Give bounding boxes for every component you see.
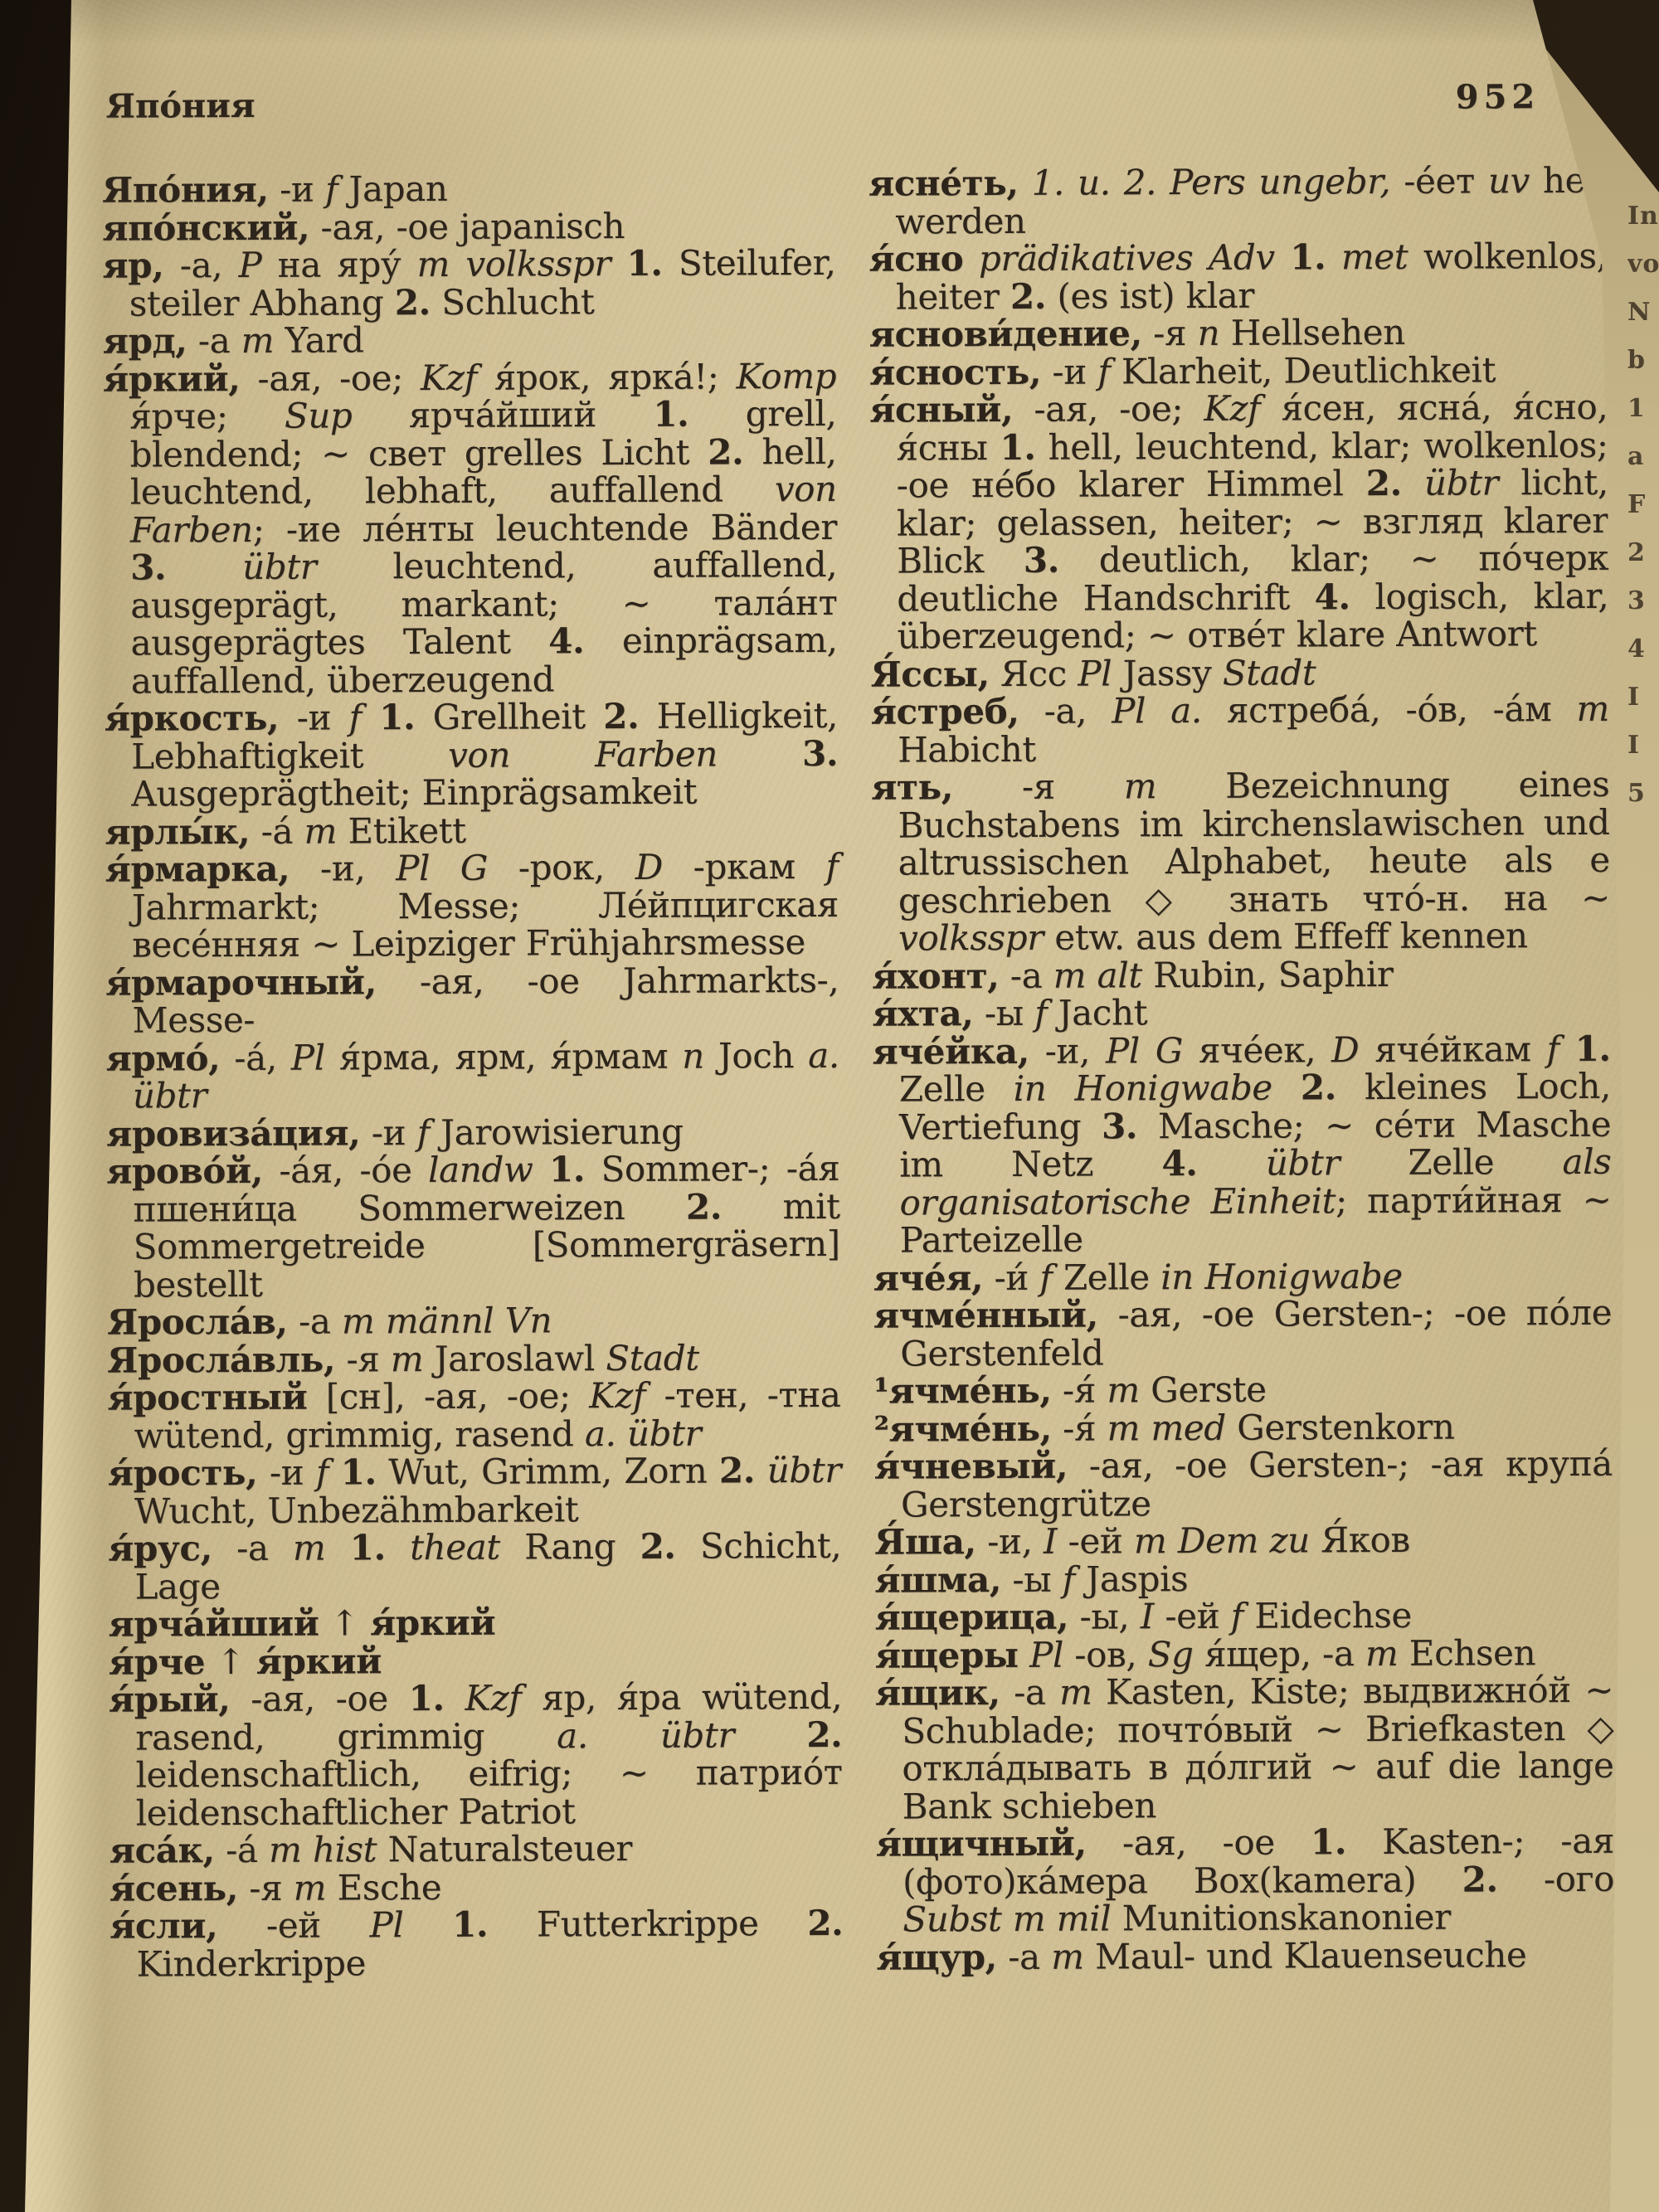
left-column: Япо́ния, -и f Japanяпо́нский, -ая, -ое j… xyxy=(102,168,844,1983)
dictionary-entry: я́стреб, -а, Pl a. ястреба́, -о́в, -а́м … xyxy=(871,690,1609,769)
dictionary-entry: я́шма, -ы f Jaspis xyxy=(874,1558,1613,1598)
dictionary-entry: ярово́й, -а́я, -о́е landw 1. Sommer-; -а… xyxy=(106,1150,840,1304)
dictionary-entry: я́рче ↑ я́ркий xyxy=(109,1640,842,1680)
dictionary-entry: Япо́ния, -и f Japan xyxy=(102,168,835,209)
dictionary-entry: я́ростный [сн], -ая, -ое; Kzf -тен, -тна… xyxy=(107,1376,840,1455)
dictionary-entry: я́рус, -а m 1. theat Rang 2. Schicht, La… xyxy=(108,1527,841,1606)
edge-text-fragment: 3 xyxy=(1627,577,1659,625)
right-column: ясне́ть, 1. u. 2. Pers ungebr, -е́ет uv … xyxy=(868,162,1615,1976)
dictionary-entry: Я́ша, -и, I -ей m Dem zu Я́ков xyxy=(874,1520,1613,1561)
dictionary-entry: я́ркий, -ая, -ое; Kzf я́рок, ярка́!; Kom… xyxy=(103,357,838,699)
edge-text-fragment: F xyxy=(1627,481,1659,529)
edge-text-fragment: N xyxy=(1627,289,1659,337)
dictionary-entry: я́сли, -ей Pl 1. Futterkrippe 2. Kinderk… xyxy=(109,1904,843,1983)
dictionary-entry: я́хонт, -а m alt Rubin, Saphir xyxy=(872,954,1610,994)
dictionary-entry: яче́я, -и́ f Zelle in Honigwabe xyxy=(873,1256,1612,1296)
dictionary-entry: ясне́ть, 1. u. 2. Pers ungebr, -е́ет uv … xyxy=(868,162,1607,241)
edge-text-fragment: 4 xyxy=(1627,625,1659,673)
page-number: 952 xyxy=(1456,79,1540,115)
dictionary-entry: я́щерица, -ы, I -ей f Eidechse xyxy=(875,1596,1613,1636)
dictionary-entry: ячме́нный, -ая, -ое Gersten-; -ое по́ле … xyxy=(873,1294,1612,1373)
dictionary-entry: ярмо́, -а́, Pl я́рма, ярм, я́рмам n Joch… xyxy=(106,1036,839,1115)
edge-text-fragment: 5 xyxy=(1627,770,1659,818)
dictionary-entry: я́чневый, -ая, -ое Gersten-; -ая крупа́ … xyxy=(874,1445,1613,1524)
dictionary-entry: я́щеры Pl -ов, Sg я́щер, -а m Echsen xyxy=(875,1633,1613,1674)
dictionary-entry: я́щичный, -ая, -ое 1. Kasten-; -ая (фото… xyxy=(876,1822,1615,1938)
dictionary-entry: Яросла́в, -а m männl Vn xyxy=(107,1300,840,1341)
dictionary-entry: ярча́йший ↑ я́ркий xyxy=(109,1602,842,1643)
edge-text-fragment: I xyxy=(1627,673,1659,722)
dictionary-entry: ярлы́к, -а́ m Etikett xyxy=(105,809,838,850)
dictionary-entry: ²ячме́нь, -я́ m med Gerstenkorn xyxy=(874,1407,1613,1447)
dictionary-entry: я́сно prädikatives Adv 1. met wolkenlos,… xyxy=(868,237,1607,316)
dictionary-entry: яровиза́ция, -и f Jarowisierung xyxy=(106,1111,839,1152)
edge-text-fragment: b xyxy=(1627,337,1659,385)
dictionary-entry: я́ркость, -и f 1. Grellheit 2. Helligkei… xyxy=(105,697,839,813)
edge-text-fragment: a xyxy=(1627,433,1659,481)
edge-text-fragment: I xyxy=(1627,722,1659,770)
edge-text-fragment: 2 xyxy=(1627,529,1659,577)
dictionary-entry: Я́ссы, Ясс Pl Jassy Stadt xyxy=(871,652,1609,693)
dictionary-entry: я́рость, -и f 1. Wut, Grimm, Zorn 2. übt… xyxy=(108,1451,841,1530)
dictionary-entry: я́щур, -а m Maul- und Klauenseuche xyxy=(876,1935,1614,1976)
dictionary-entry: яче́йка, -и, Pl G яче́ек, D яче́йкам f 1… xyxy=(873,1029,1612,1259)
dictionary-entry: яснови́дение, -я n Hellsehen xyxy=(869,313,1608,353)
dictionary-entry: ять, -я m Bezeichnung eines Buchstabens … xyxy=(871,766,1610,957)
dictionary-entry: я́рмарочный, -ая, -ое Jahrmarkts-, Messe… xyxy=(105,960,839,1039)
dictionary-entry: ¹ячме́нь, -я́ m Gerste xyxy=(873,1369,1612,1410)
dictionary-entry: я́рмарка, -и, Pl G -рок, D -ркам f Jahrm… xyxy=(105,848,839,964)
dictionary-entry: ярд, -а m Yard xyxy=(103,319,836,360)
book-page: Япо́ния 952 Япо́ния, -и f Japanяпо́нский… xyxy=(0,0,1636,2212)
dictionary-entry: Яросла́вль, -я m Jaroslawl Stadt xyxy=(107,1338,840,1378)
dictionary-entry: я́сень, -я m Esche xyxy=(109,1866,843,1907)
page-content: Япо́ния 952 Япо́ния, -и f Japanяпо́нский… xyxy=(0,0,1641,2212)
dictionary-entry: я́хта, -ы f Jacht xyxy=(872,992,1610,1033)
edge-text-fragment: In xyxy=(1627,192,1659,241)
dictionary-entry: я́сность, -и f Klarheit, Deutlichkeit xyxy=(869,350,1608,391)
edge-text-fragment: 1 xyxy=(1627,385,1659,433)
dictionary-entry: яса́к, -а́ m hist Naturalsteuer xyxy=(109,1829,843,1869)
dictionary-entry: яр, -а, P на яру́ m volksspr 1. Steilufe… xyxy=(102,244,835,323)
guide-word: Япо́ния xyxy=(106,88,255,125)
next-page-text-fragments: InvoNb1aF234II5 xyxy=(1627,192,1659,818)
dictionary-entry: я́щик, -а m Kasten, Kiste; выдвижно́й ∼ … xyxy=(875,1671,1614,1826)
dictionary-entry: я́рый, -ая, -ое 1. Kzf яр, я́ра wütend, … xyxy=(109,1678,843,1832)
edge-text-fragment: vo xyxy=(1627,241,1659,289)
dictionary-entry: я́сный, -ая, -ое; Kzf я́сен, ясна́, я́сн… xyxy=(869,388,1608,655)
dictionary-entry: япо́нский, -ая, -ое japanisch xyxy=(102,206,835,246)
